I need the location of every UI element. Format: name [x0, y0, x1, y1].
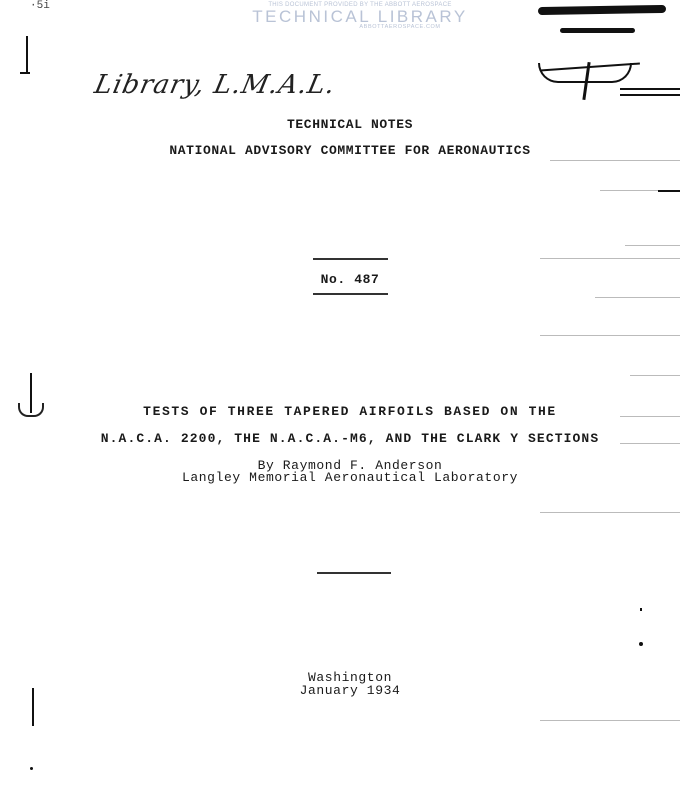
divider-lower: [317, 572, 391, 574]
divider-top: [313, 258, 388, 260]
binding-dot: [30, 767, 33, 770]
corner-mark: ·5i: [30, 0, 50, 12]
handwritten-library-note: Library, L.M.A.L.: [92, 70, 339, 100]
divider-bottom: [313, 293, 388, 295]
watermark-url: ABBOTTAEROSPACE.COM: [320, 24, 480, 30]
binding-mark-top: [26, 36, 28, 74]
scan-noise: [540, 0, 700, 797]
